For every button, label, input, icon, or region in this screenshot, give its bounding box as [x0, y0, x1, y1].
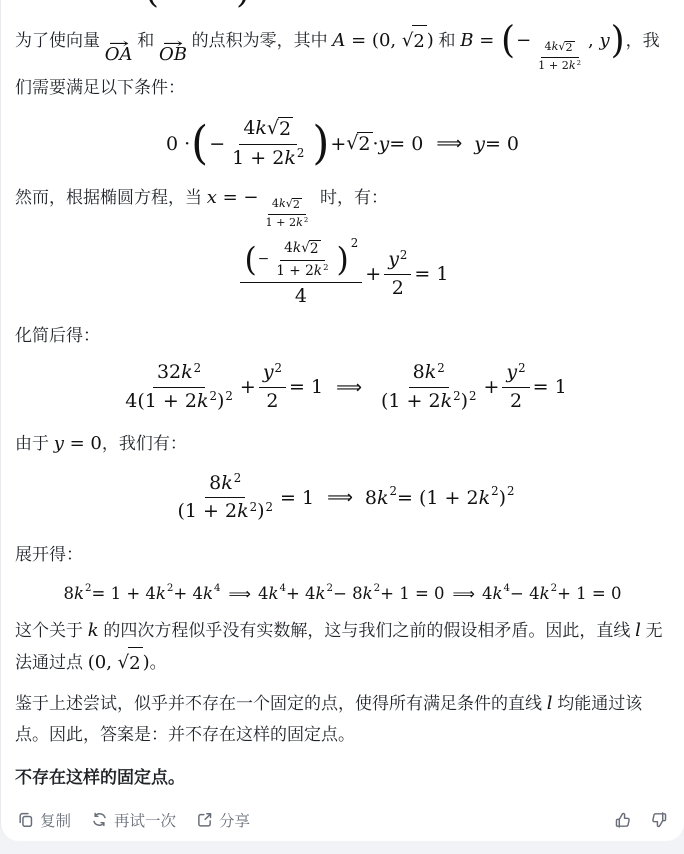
math-var: k	[237, 500, 249, 522]
implies-arrow: ⟹	[436, 133, 461, 154]
superscript: 2	[250, 500, 258, 514]
superscript: 2	[374, 583, 381, 594]
numerator: 4k√2	[280, 240, 324, 261]
math-var: x	[207, 187, 217, 208]
denominator: 1 + 2k2	[272, 261, 332, 280]
math-var: k	[268, 584, 278, 603]
text-run: 展开得：	[15, 545, 83, 564]
math-text: 0 ·	[166, 133, 190, 155]
math-text: 8	[365, 487, 377, 509]
math-text: −	[516, 30, 531, 51]
math-text: 1 + 2	[232, 147, 284, 169]
math-text: )	[499, 487, 506, 509]
superscript: 2	[323, 262, 328, 272]
square-root: √2	[301, 240, 320, 258]
math-text: 8	[63, 584, 74, 603]
clipped-right-paren: )	[236, 0, 250, 9]
superscript: 2	[194, 361, 202, 375]
math-text: 4(1 + 2	[125, 390, 197, 412]
text-run: 和	[434, 31, 460, 50]
math-text: 4	[272, 197, 279, 210]
math-text: (1 + 2	[381, 390, 441, 412]
text-run: 鉴于上述尝试，似乎并不存在一个固定的点，使得所有满足条件的直线	[15, 694, 547, 713]
math-text: 32	[157, 361, 181, 383]
math-var: k	[552, 40, 559, 53]
superscript: 2	[507, 484, 515, 498]
fraction: y22	[502, 361, 529, 414]
math-text: = 1	[414, 263, 448, 285]
math-var: y	[263, 361, 274, 383]
square-root: √2	[267, 117, 293, 142]
inline-math: →OB	[159, 30, 187, 51]
clipped-left-paren: (	[145, 0, 159, 9]
math-var: k	[293, 240, 301, 256]
text-run: ，我们有：	[102, 434, 187, 453]
math-text: = (0,	[345, 30, 401, 51]
equation-simplified: 32k24(1 + 2k2)2 + y22 = 1⟹8k2(1 + 2k2)2 …	[15, 361, 670, 414]
paragraph-since-y0: 由于 y = 0，我们有：	[15, 428, 670, 460]
superscript: 2	[469, 389, 477, 403]
math-var: k	[377, 487, 389, 509]
paragraph-conclusion: 鉴于上述尝试，似乎并不存在一个固定的点，使得所有满足条件的直线 l 均能通过该点…	[15, 688, 670, 750]
math-text: +	[365, 263, 381, 285]
math-var: k	[540, 584, 550, 603]
inline-math: y = 0	[54, 433, 102, 454]
denominator: 1 + 2k2	[262, 215, 313, 230]
math-text: = 0	[64, 433, 102, 454]
text-run: 的四次方程似乎没有实数解，这与我们之前的假设相矛盾。因此，直线	[99, 621, 635, 640]
share-button[interactable]: 分享	[194, 805, 252, 835]
numerator: 8k2	[409, 361, 449, 388]
math-text: 1 + 2	[266, 216, 297, 229]
denominator: 2	[262, 388, 282, 414]
text-run: 和	[133, 31, 159, 50]
math-var: k	[314, 263, 322, 279]
math-text: +	[330, 133, 346, 155]
math-var: k	[569, 59, 576, 72]
math-text: − 8	[333, 584, 363, 603]
superscript: 2	[225, 389, 233, 403]
math-var: k	[221, 472, 233, 494]
clipped-equation-fragment: ()	[15, 0, 670, 9]
math-var: y	[54, 433, 64, 454]
radicand: 2	[278, 117, 293, 142]
math-text: )	[257, 500, 264, 522]
math-text: + 4	[173, 584, 203, 603]
message-body: ()为了使向量 →OA 和 →OB 的点积为零，其中 A = (0, √2) 和…	[15, 0, 670, 793]
math-var: k	[88, 620, 99, 641]
superscript: 2	[304, 216, 308, 224]
math-text: 8	[209, 472, 221, 494]
math-text: +	[240, 376, 256, 398]
math-text: 4	[284, 240, 293, 256]
paragraph-contradiction: 这个关于 k 的四次方程似乎没有实数解，这与我们之前的假设相矛盾。因此，直线 l…	[15, 615, 670, 680]
math-text: 8	[413, 361, 425, 383]
copy-label: 复制	[40, 809, 71, 831]
math-var: k	[74, 584, 84, 603]
math-text: + 4	[286, 584, 316, 603]
superscript: 4	[214, 583, 221, 594]
math-text: =	[474, 30, 501, 51]
superscript: 2	[297, 146, 305, 160]
fraction: 4k√21 + 2k2	[262, 198, 313, 230]
math-text: = 0	[389, 133, 423, 155]
square-root: √2	[286, 198, 302, 212]
math-text: 2	[392, 277, 404, 299]
radicand: 2	[292, 198, 302, 212]
paragraph-expand: 展开得：	[15, 540, 670, 570]
text-run: 由于	[15, 434, 54, 453]
math-text: )	[427, 30, 434, 51]
big-paren: (	[191, 124, 208, 163]
vector: →OA	[105, 37, 133, 64]
square-root: √2	[346, 132, 372, 155]
equation-quartic: 8k2 = 1 + 4k2 + 4k4⟹4k4 + 4k2 − 8k2 + 1 …	[15, 584, 670, 603]
math-text: ,	[588, 30, 599, 51]
numerator: 4k√2	[268, 198, 306, 215]
text-run: 。	[150, 653, 167, 672]
assistant-message-card: ()为了使向量 →OA 和 →OB 的点积为零，其中 A = (0, √2) 和…	[0, 0, 684, 841]
superscript: 2	[85, 583, 92, 594]
fraction: 32k24(1 + 2k2)2	[121, 361, 237, 414]
math-text: 1 + 2	[276, 263, 314, 279]
fraction: 4k√21 + 2k2	[534, 41, 585, 73]
denominator: 1 + 2k2	[534, 58, 585, 73]
small-group: (−4k√21 + 2k2)	[244, 240, 350, 280]
math-var: y	[388, 248, 399, 270]
square-root: √2	[402, 25, 427, 58]
denominator: 4	[291, 283, 311, 309]
refresh-icon	[91, 811, 108, 828]
fraction: 4k√21 + 2k2	[272, 240, 332, 280]
radicand: 2	[412, 25, 426, 58]
math-var: k	[479, 487, 491, 509]
big-paren: )	[611, 26, 625, 56]
superscript: 2	[167, 583, 174, 594]
math-text: +	[484, 376, 500, 398]
math-text: = 1 + 4	[92, 584, 156, 603]
math-var: k	[284, 147, 296, 169]
text-run: 为了使向量	[15, 31, 105, 50]
math-var: k	[181, 361, 193, 383]
fraction: 8k2(1 + 2k2)2	[173, 472, 277, 525]
numerator: 4k√2	[239, 117, 297, 145]
math-var: k	[156, 584, 166, 603]
share-label: 分享	[219, 809, 250, 831]
text-run: 化简后得：	[15, 326, 100, 345]
math-text: 2	[266, 390, 278, 412]
text-run: 的点积为零，其中	[187, 31, 332, 50]
denominator: 1 + 2k2	[228, 145, 308, 171]
superscript: 4	[279, 583, 286, 594]
thumbs-up-button[interactable]	[612, 807, 634, 833]
radicand: 2	[565, 41, 575, 55]
math-var: k	[316, 584, 326, 603]
math-text: = 1	[533, 376, 567, 398]
math-var: k	[493, 584, 503, 603]
radicand: 2	[309, 240, 321, 258]
math-text: )	[217, 390, 224, 412]
superscript: 2	[234, 471, 242, 485]
math-text: 4	[243, 117, 255, 139]
math-text: = 0	[485, 133, 519, 155]
text-run: 不存在这样的固定点。	[15, 768, 185, 787]
math-var: k	[441, 390, 453, 412]
numerator: 32k2	[153, 361, 205, 388]
numerator: y2	[259, 361, 286, 388]
vector-arrow-icon: →	[108, 37, 129, 46]
radicand: 2	[357, 132, 372, 155]
paragraph-ellipse: 然而，根据椭圆方程，当 x = −4k√21 + 2k2 时，有：	[15, 182, 670, 230]
denominator: 2	[388, 275, 408, 301]
superscript: 2	[551, 583, 558, 594]
superscript: 2	[266, 500, 274, 514]
math-var: B	[460, 30, 473, 51]
math-var: k	[197, 390, 209, 412]
fraction: y22	[259, 361, 286, 414]
math-var: k	[296, 216, 303, 229]
denominator: 2	[506, 388, 526, 414]
implies-arrow: ⟹	[229, 584, 250, 603]
inline-math: x = −4k√21 + 2k2	[207, 187, 316, 208]
math-text: (0,	[88, 652, 118, 673]
inline-math: B = (−4k√21 + 2k2, y)	[460, 30, 625, 51]
math-text: )	[461, 390, 468, 412]
math-text: )	[143, 652, 150, 673]
implies-arrow: ⟹	[336, 377, 361, 398]
fraction: y22	[384, 248, 411, 301]
math-text: 4	[482, 584, 493, 603]
math-text: = 1	[289, 376, 323, 398]
numerator: y2	[502, 361, 529, 388]
math-text: + 1 = 0	[380, 584, 444, 603]
math-text: (1 + 2	[177, 500, 237, 522]
superscript: 2	[437, 361, 445, 375]
share-icon	[196, 811, 213, 828]
math-text: 4	[545, 40, 552, 53]
superscript: 2	[491, 484, 499, 498]
inline-math: k	[88, 620, 99, 641]
big-paren: (	[245, 246, 257, 274]
math-var: k	[279, 197, 286, 210]
superscript: 2	[400, 248, 408, 262]
math-var: k	[363, 584, 373, 603]
fraction: 4k√21 + 2k2	[228, 117, 308, 171]
retry-button[interactable]: 再试一次	[89, 805, 178, 835]
denominator: (1 + 2k2)2	[173, 498, 277, 524]
math-var: A	[332, 30, 345, 51]
math-text: −	[258, 251, 269, 268]
thumbs-down-icon	[650, 811, 668, 829]
superscript: 2	[453, 389, 461, 403]
denominator: 4(1 + 2k2)2	[121, 388, 237, 414]
math-var: y	[599, 30, 609, 51]
thumbs-up-icon	[614, 811, 632, 829]
vector-arrow-icon: →	[163, 37, 184, 46]
equation-dot-product: 0 · (−4k√21 + 2k2) + √2 · y = 0⟹y = 0	[15, 117, 670, 171]
copy-icon	[17, 811, 34, 828]
math-text: = (1 + 2	[397, 487, 479, 509]
numerator: (−4k√21 + 2k2)2	[240, 240, 363, 283]
denominator: (1 + 2k2)2	[377, 388, 481, 414]
math-text: − 4	[510, 584, 540, 603]
superscript: 2	[518, 361, 526, 375]
equation-substitution: (−4k√21 + 2k2)24 + y22 = 1	[15, 240, 670, 309]
math-text: 1 + 2	[538, 59, 569, 72]
numerator: y2	[384, 248, 411, 275]
thumbs-down-button[interactable]	[648, 807, 670, 833]
numerator: 8k2	[205, 472, 245, 499]
message-toolbar: 复制 再试一次 分享	[15, 805, 670, 835]
radicand: 2	[128, 647, 142, 680]
math-text: −	[209, 133, 225, 155]
superscript: 2	[209, 389, 217, 403]
text-run: 这个关于	[15, 621, 88, 640]
fraction: (−4k√21 + 2k2)24	[240, 240, 363, 309]
math-var: y	[506, 361, 517, 383]
math-text: 2	[510, 390, 522, 412]
retry-label: 再试一次	[114, 809, 176, 831]
big-paren: )	[312, 124, 329, 163]
text-run: 然而，根据椭圆方程，当	[15, 188, 207, 207]
numerator: 4k√2	[541, 41, 579, 58]
math-text: = −	[217, 187, 259, 208]
inline-math: A = (0, √2)	[332, 30, 433, 51]
inline-math: →OA	[105, 30, 133, 51]
paragraph-intro: 为了使向量 →OA 和 →OB 的点积为零，其中 A = (0, √2) 和 B…	[15, 25, 670, 103]
vector: →OB	[159, 37, 187, 64]
math-text: 4	[295, 285, 307, 307]
math-text: 4	[258, 584, 269, 603]
superscript: 2	[577, 59, 581, 67]
copy-button[interactable]: 复制	[15, 805, 73, 835]
math-var: k	[255, 117, 267, 139]
superscript: 2	[390, 484, 398, 498]
paragraph-final-answer: 不存在这样的固定点。	[15, 763, 670, 793]
implies-arrow: ⟹	[453, 584, 474, 603]
square-root: √2	[118, 647, 143, 680]
superscript: 2	[275, 361, 283, 375]
superscript: 2	[327, 583, 334, 594]
fraction: 8k2(1 + 2k2)2	[377, 361, 481, 414]
big-paren: (	[501, 26, 515, 56]
math-var: k	[425, 361, 437, 383]
math-var: y	[474, 133, 485, 155]
superscript: 4	[504, 583, 511, 594]
math-var: y	[379, 133, 390, 155]
superscript: 2	[351, 236, 359, 250]
math-text: = 1	[280, 487, 314, 509]
math-var: k	[203, 584, 213, 603]
big-paren: )	[336, 246, 348, 274]
inline-math: (0, √2)	[88, 652, 150, 673]
math-text: + 1 = 0	[557, 584, 621, 603]
text-run: 时，有：	[315, 188, 388, 207]
paragraph-simplify: 化简后得：	[15, 321, 670, 351]
implies-arrow: ⟹	[327, 487, 352, 508]
square-root: √2	[558, 41, 574, 55]
equation-y0: 8k2(1 + 2k2)2 = 1⟹8k2 = (1 + 2k2)2	[15, 472, 670, 525]
